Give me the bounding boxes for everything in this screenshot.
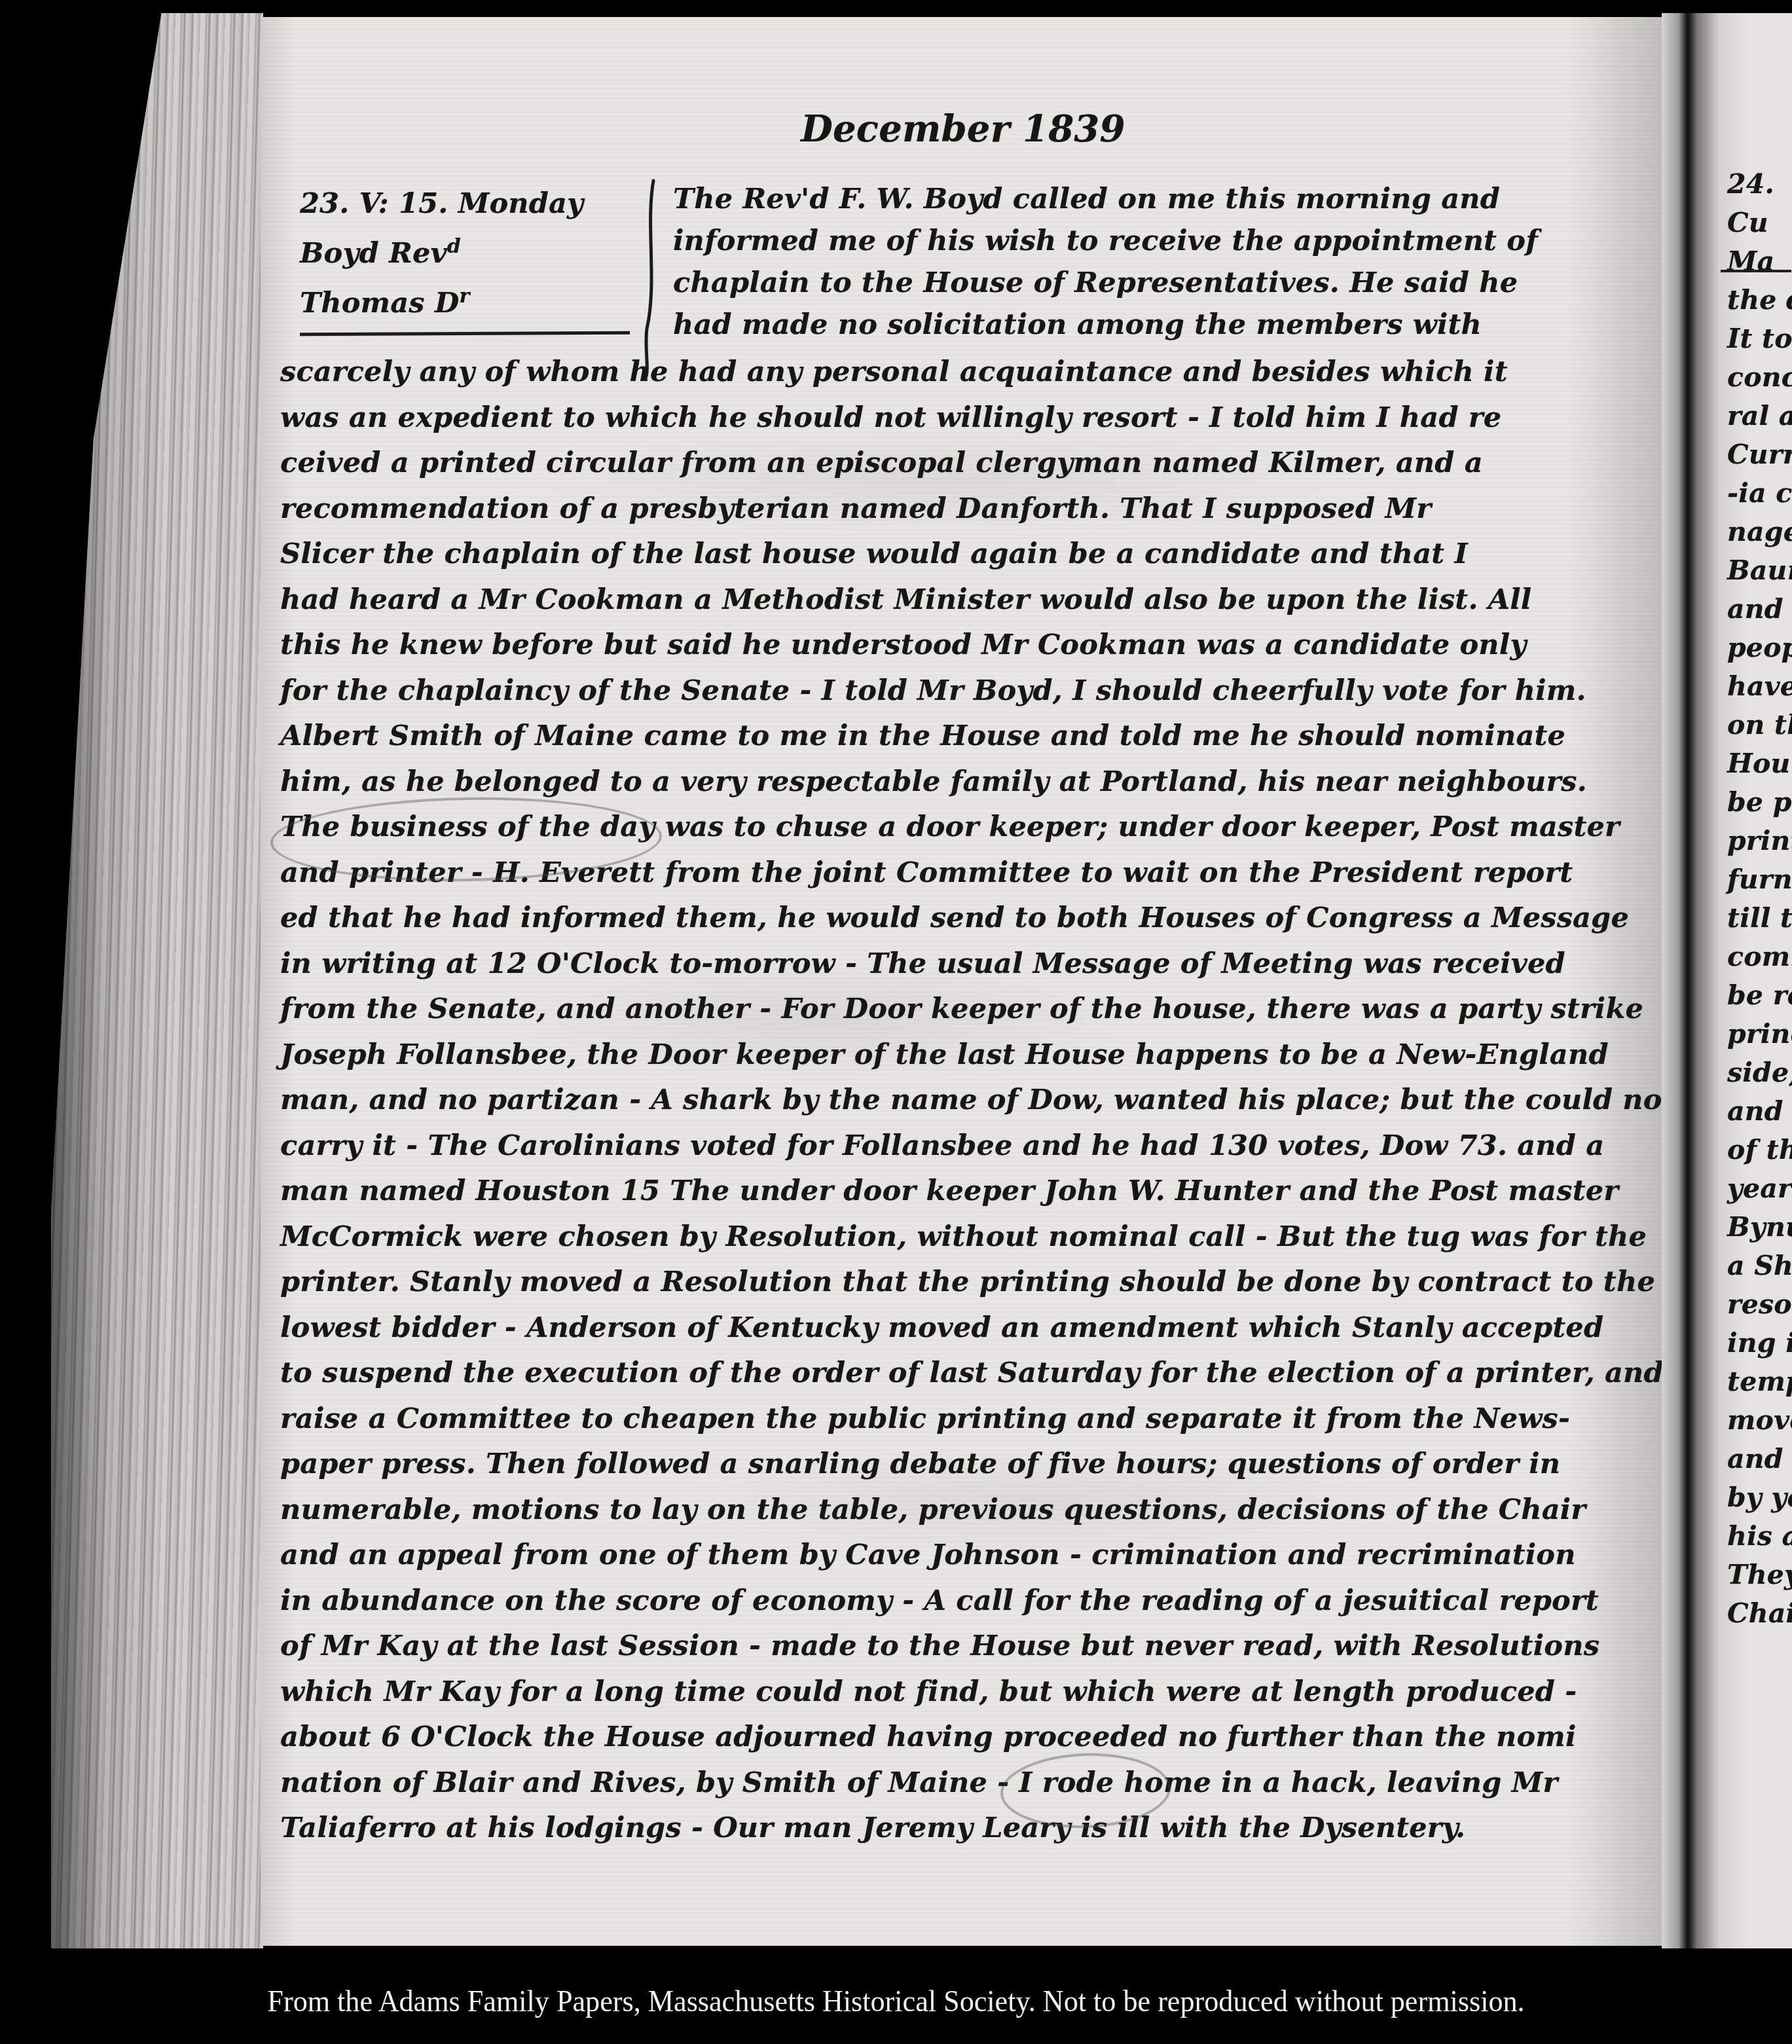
entry-date-header: December 1839 [261, 107, 1666, 151]
text-line: and an appeal from one of them by Cave J… [280, 1533, 1653, 1579]
text-line: 24. [1727, 165, 1792, 204]
text-line: about 6 O'Clock the House adjourned havi… [280, 1715, 1653, 1761]
text-line: year o [1727, 1169, 1792, 1208]
text-line: They [1727, 1556, 1792, 1594]
text-line: had made no solicitation among the membe… [673, 304, 1649, 346]
text-line: informed me of his wish to receive the a… [673, 220, 1649, 262]
text-line: Bynum [1727, 1208, 1792, 1247]
manuscript-scan: December 1839 23. V: 15. Monday Boyd Rev… [0, 0, 1792, 2044]
text-line: man named Houston 15 The under door keep… [280, 1169, 1653, 1214]
entry-body-lines: scarcely any of whom he had any personal… [280, 350, 1653, 1852]
text-line: Taliaferro at his lodgings - Our man Jer… [280, 1806, 1653, 1852]
text-line: chaplain to the House of Representatives… [673, 262, 1649, 304]
text-line: Curr [1727, 435, 1792, 474]
text-line: man, and no partizan - A shark by the na… [280, 1078, 1653, 1123]
text-line: on th [1727, 706, 1792, 744]
text-line: of Mr Kay at the last Session - made to … [280, 1624, 1653, 1670]
text-line: from the Senate, and another - For Door … [280, 987, 1653, 1032]
margin-note-line: Boyd Revd [300, 225, 640, 275]
text-line: carry it - The Carolinians voted for Fol… [280, 1123, 1653, 1169]
text-line: ceived a printed circular from an episco… [280, 441, 1653, 486]
text-line: be pr [1727, 783, 1792, 822]
text-line: which Mr Kay for a long time could not f… [280, 1670, 1653, 1715]
text-line: and n [1727, 1440, 1792, 1478]
text-line: for the chaplaincy of the Senate - I tol… [280, 668, 1653, 714]
text-line: furn [1727, 860, 1792, 899]
text-line: nation of Blair and Rives, by Smith of M… [280, 1761, 1653, 1806]
text-line: princi [1727, 1015, 1792, 1053]
text-line: concl [1727, 358, 1792, 397]
caption-band: From the Adams Family Papers, Massachuse… [0, 1948, 1792, 2044]
margin-note-superscript: d [447, 235, 461, 258]
text-line: lowest bidder - Anderson of Kentucky mov… [280, 1305, 1653, 1351]
text-line: Ma [1727, 242, 1792, 281]
text-line: ed that he had informed them, he would s… [280, 896, 1653, 941]
text-line: raise a Committee to cheapen the public … [280, 1396, 1653, 1442]
text-line: -ia c [1727, 474, 1792, 513]
text-line: Slicer the chaplain of the last house wo… [280, 532, 1653, 577]
text-line: McCormick were chosen by Resolution, wit… [280, 1214, 1653, 1260]
text-line: and of [1727, 1092, 1792, 1131]
text-line: side, a [1727, 1053, 1792, 1092]
margin-note-superscript: r [459, 285, 469, 308]
text-line: tempts [1727, 1362, 1792, 1401]
margin-rule [1721, 270, 1791, 272]
text-line: Cu [1727, 204, 1792, 242]
text-line: had heard a Mr Cookman a Methodist Minis… [280, 577, 1653, 623]
text-line: It to [1727, 319, 1792, 358]
text-line: be re [1727, 976, 1792, 1015]
text-line: Chair, [1727, 1594, 1792, 1633]
text-line: comm [1727, 938, 1792, 976]
margin-note-text: Thomas D [300, 287, 459, 320]
text-line: nage [1727, 513, 1792, 551]
margin-note-line: Thomas Dr [300, 275, 640, 325]
text-line: Baun [1727, 551, 1792, 590]
text-line: the d [1727, 281, 1792, 319]
text-line: Albert Smith of Maine came to me in the … [280, 714, 1653, 759]
text-line: The Rev'd F. W. Boyd called on me this m… [673, 178, 1649, 220]
text-line: ral a [1727, 397, 1792, 435]
text-line: recommendation of a presbyterian named D… [280, 486, 1653, 532]
book-page-edges [51, 13, 263, 1948]
partial-text-fragments: 24.CuMathe dIt toconclral aCurr-ia cnage… [1718, 13, 1792, 1633]
text-line: in writing at 12 O'Clock to-morrow - The… [280, 941, 1653, 987]
text-line: of the [1727, 1131, 1792, 1169]
text-line: moved [1727, 1401, 1792, 1440]
text-line: paper press. Then followed a snarling de… [280, 1442, 1653, 1487]
margin-note-text: Boyd Rev [300, 237, 447, 270]
next-diary-page-partial: 24.CuMathe dIt toconclral aCurr-ia cnage… [1718, 13, 1792, 1948]
text-line: his assi [1727, 1517, 1792, 1556]
text-line: ing it o [1727, 1324, 1792, 1362]
text-line: peop [1727, 629, 1792, 667]
text-line: scarcely any of whom he had any personal… [280, 350, 1653, 395]
text-line: print [1727, 822, 1792, 860]
text-line: was an expedient to which he should not … [280, 395, 1653, 441]
text-line: in abundance on the score of economy - A… [280, 1579, 1653, 1624]
binding-gutter-shadow [1662, 13, 1718, 1948]
text-line: to suspend the execution of the order of… [280, 1351, 1653, 1396]
text-line: till th [1727, 899, 1792, 938]
text-line: resolu [1727, 1285, 1792, 1324]
text-line: and t [1727, 590, 1792, 629]
margin-note-underline [300, 331, 630, 336]
text-line: numerable, motions to lay on the table, … [280, 1487, 1653, 1533]
text-line: printer. Stanly moved a Resolution that … [280, 1260, 1653, 1305]
text-line: have [1727, 667, 1792, 706]
text-line: this he knew before but said he understo… [280, 623, 1653, 668]
text-line: Joseph Follansbee, the Door keeper of th… [280, 1032, 1653, 1078]
text-line: Hou [1727, 744, 1792, 783]
archive-caption: From the Adams Family Papers, Massachuse… [36, 1984, 1757, 2018]
text-line: a Shou [1727, 1247, 1792, 1285]
text-line: by yea [1727, 1478, 1792, 1517]
margin-note-line: 23. V: 15. Monday [300, 182, 640, 225]
diary-page: December 1839 23. V: 15. Monday Boyd Rev… [261, 17, 1666, 1946]
